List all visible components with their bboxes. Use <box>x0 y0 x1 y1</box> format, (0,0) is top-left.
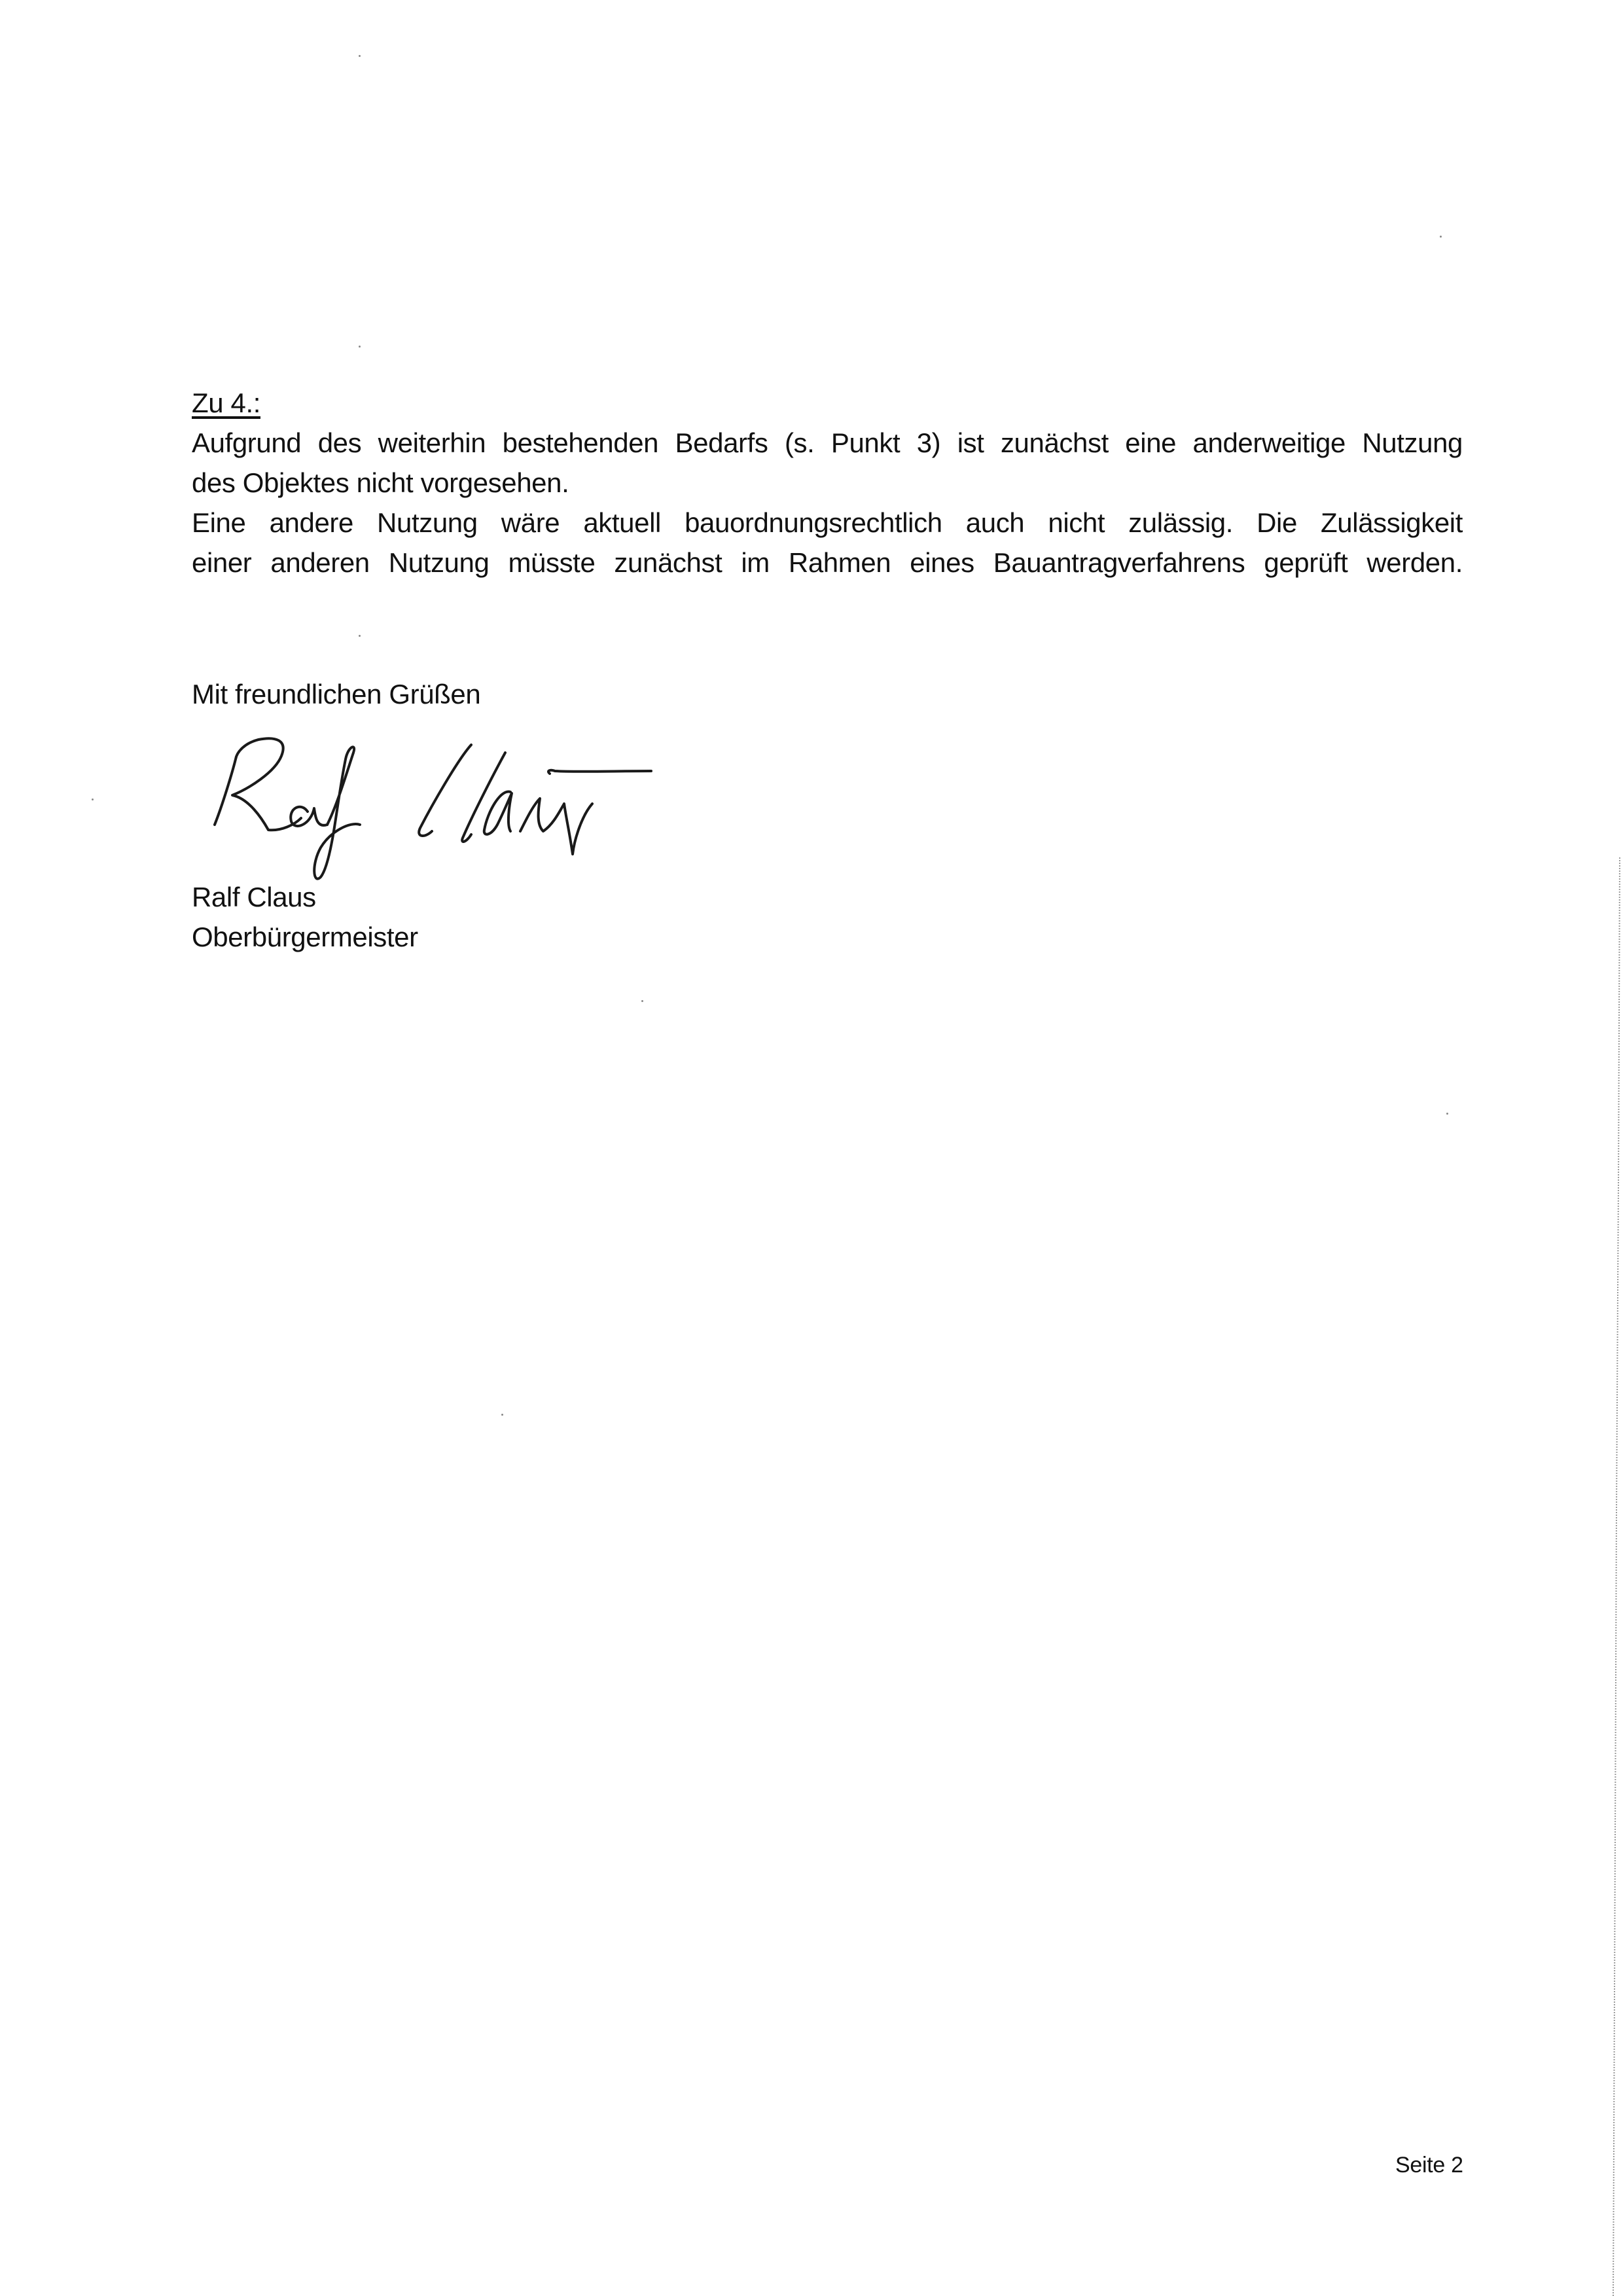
scan-speck <box>641 1000 643 1002</box>
scan-speck <box>359 635 361 637</box>
signature-icon <box>196 733 733 890</box>
signature-block: Ralf Claus Oberbürgermeister <box>192 877 1463 957</box>
scan-edge-artifact <box>1597 857 1623 2296</box>
signer-title: Oberbürgermeister <box>192 917 1463 957</box>
paragraph-line-4: einer anderen Nutzung müsste zunächst im… <box>192 543 1463 583</box>
paragraph-line-1: Aufgrund des weiterhin bestehenden Bedar… <box>192 423 1463 463</box>
scan-speck <box>1440 236 1442 238</box>
closing-salutation: Mit freundlichen Grüßen <box>192 674 480 714</box>
scan-speck <box>359 346 361 348</box>
section-heading: Zu 4.: <box>192 383 260 423</box>
scan-speck <box>501 1414 503 1416</box>
paragraph-line-3: Eine andere Nutzung wäre aktuell bauordn… <box>192 503 1463 543</box>
body-paragraph: Aufgrund des weiterhin bestehenden Bedar… <box>192 423 1463 583</box>
signer-name: Ralf Claus <box>192 877 1463 917</box>
scan-speck <box>359 55 361 57</box>
document-page: Zu 4.: Aufgrund des weiterhin bestehende… <box>0 0 1623 2296</box>
page-number: Seite 2 <box>1395 2153 1463 2178</box>
scan-speck <box>1446 1113 1448 1115</box>
paragraph-line-2: des Objektes nicht vorgesehen. <box>192 463 1463 503</box>
scan-speck <box>92 798 94 800</box>
